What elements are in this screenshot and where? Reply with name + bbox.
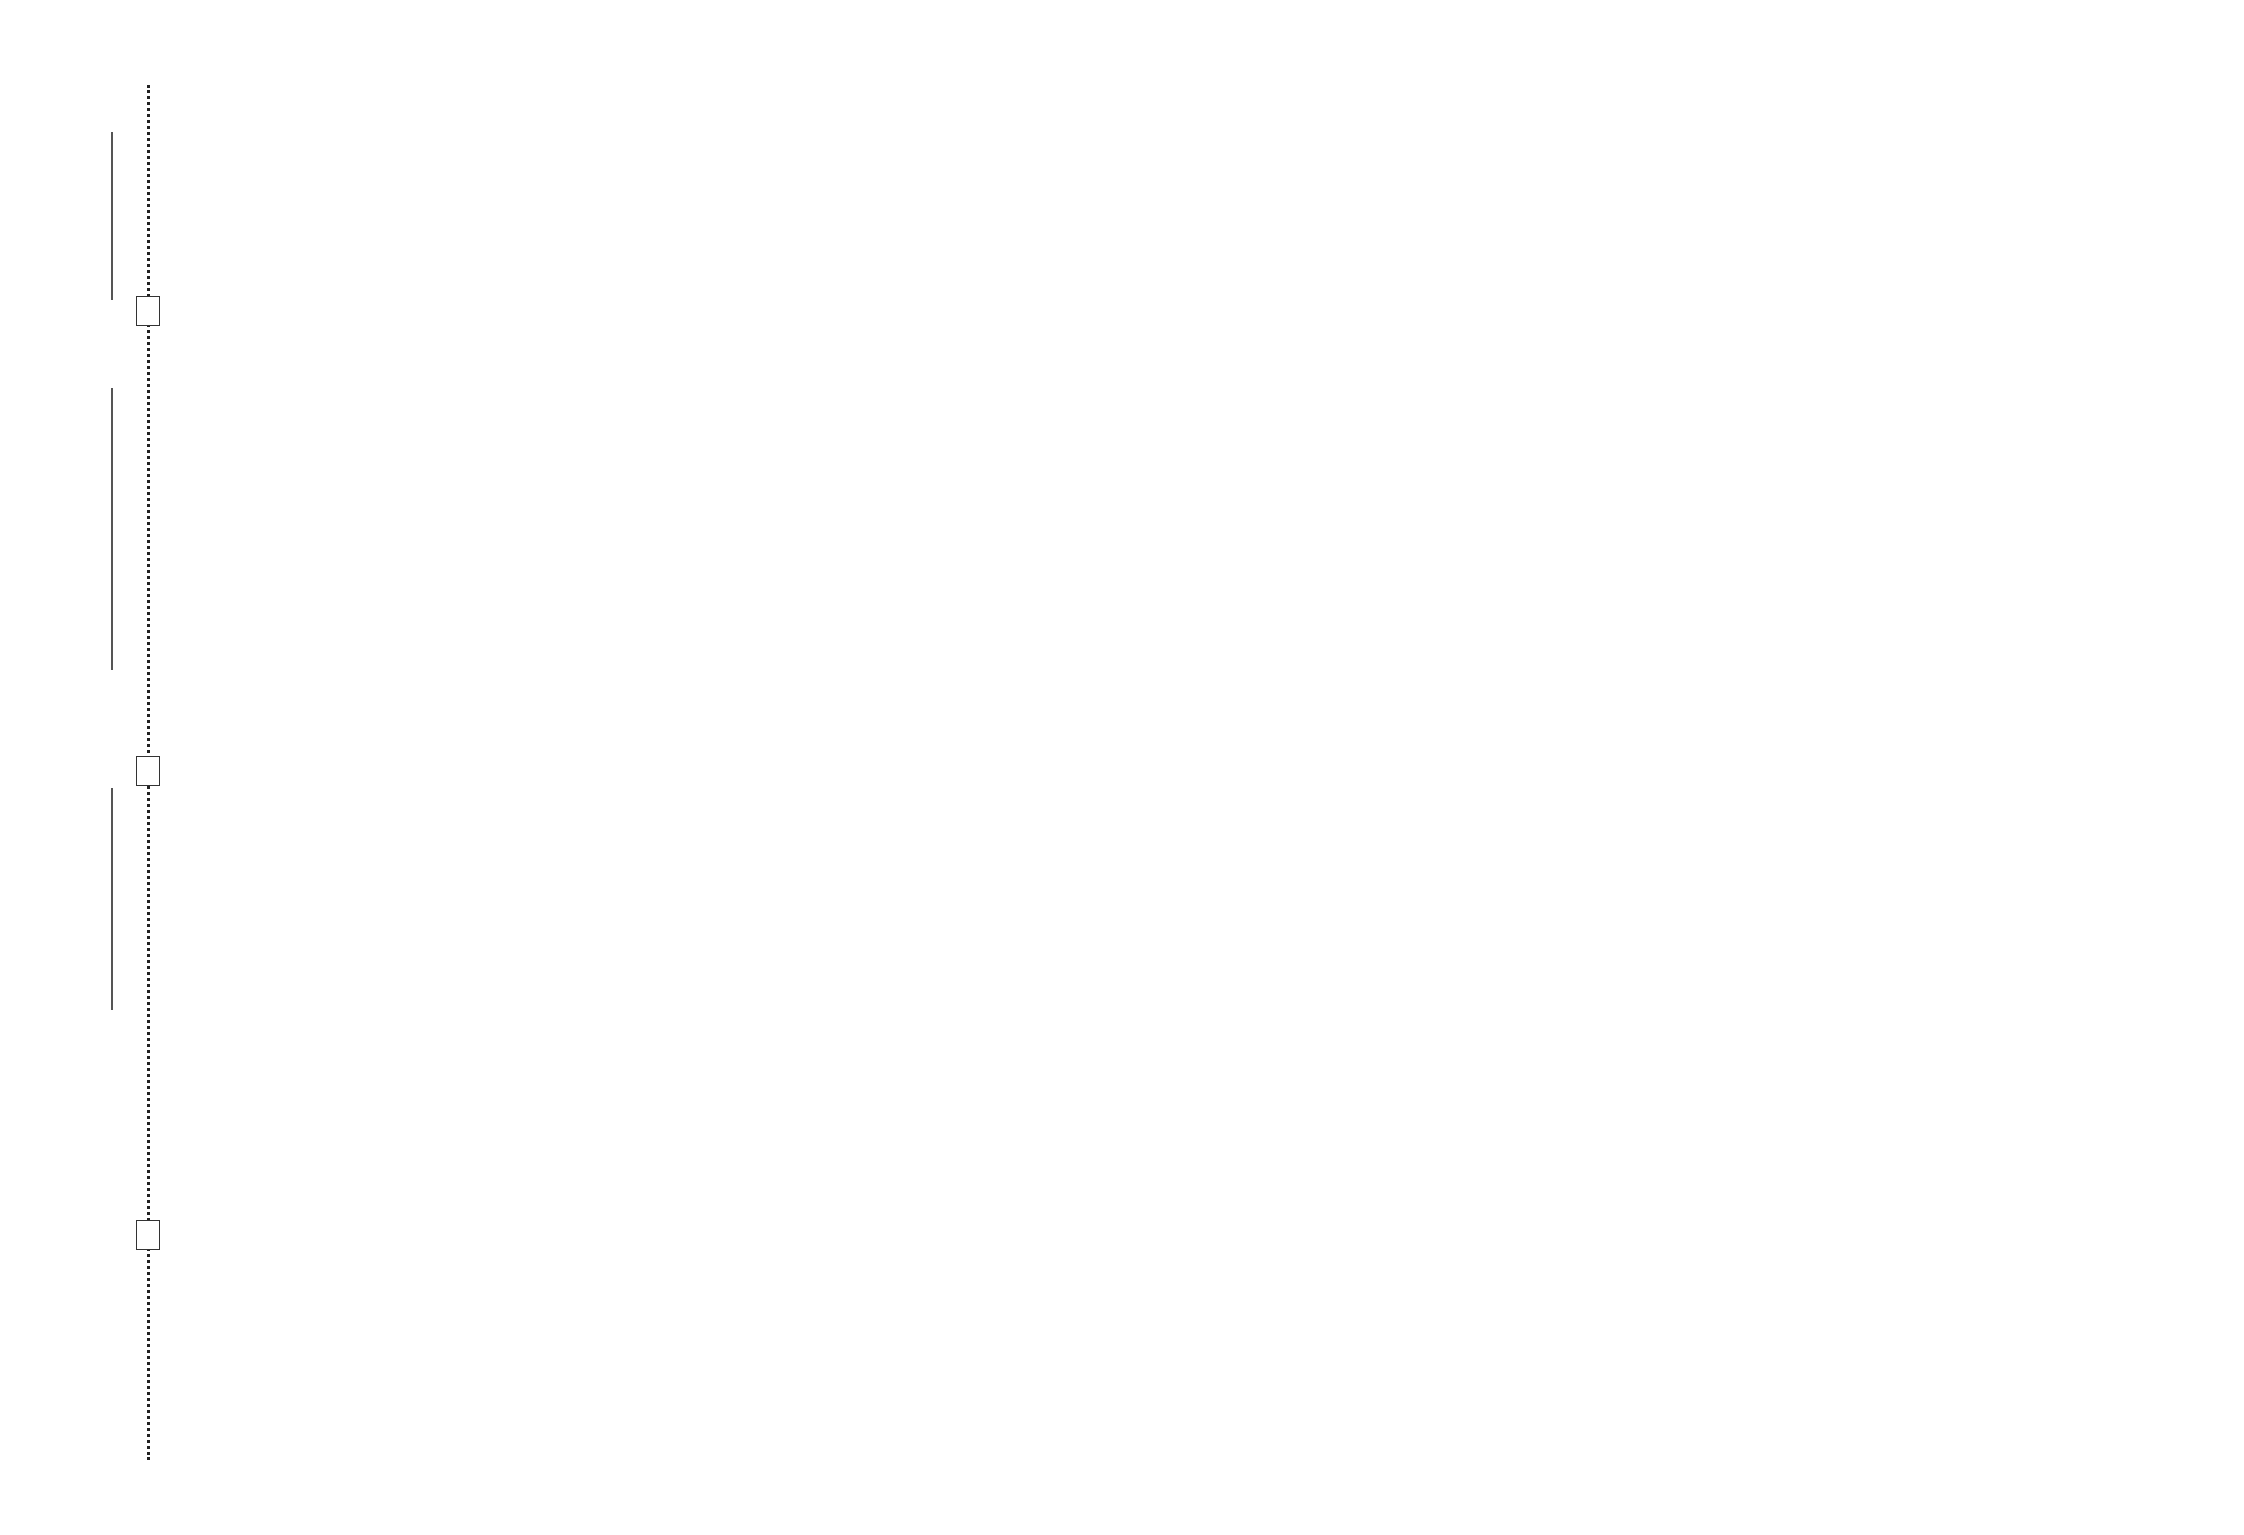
class-underline (111, 788, 113, 1010)
number-underline (111, 132, 113, 300)
binding-mark-line (136, 296, 160, 326)
binding-mark-bind (136, 1220, 160, 1250)
binding-mark-staple (136, 756, 160, 786)
name-underline (111, 388, 113, 670)
